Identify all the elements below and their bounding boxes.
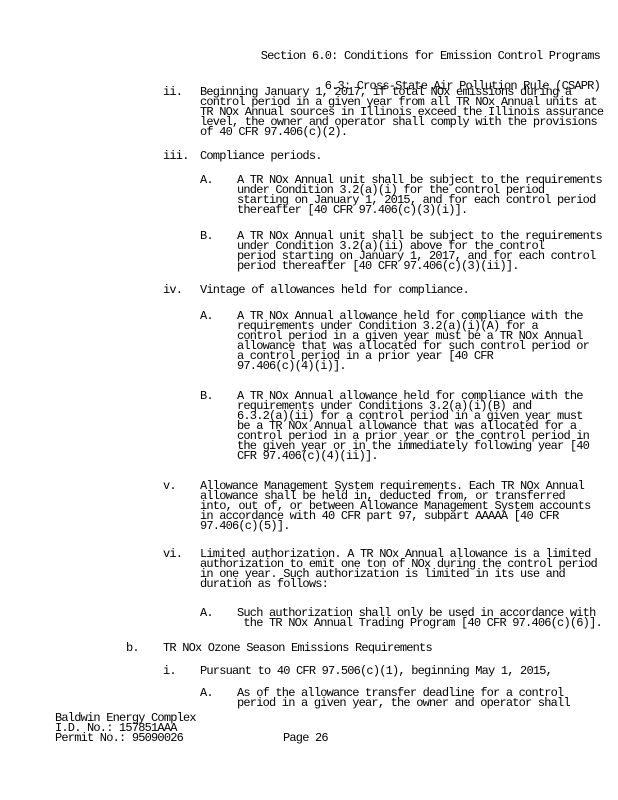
condition-a-iv-B: B. A TR NOx Annual allowance held for co… xyxy=(0,391,618,461)
item-label: iii. xyxy=(163,151,189,161)
item-text: Compliance periods. xyxy=(200,151,618,161)
footer-page-number: Page 26 xyxy=(283,733,328,743)
item-label: i. xyxy=(163,666,176,676)
item-text: A TR NOx Annual allowance held for compl… xyxy=(237,311,618,371)
item-text: Vintage of allowances held for complianc… xyxy=(200,285,618,295)
condition-a-iv: iv. Vintage of allowances held for compl… xyxy=(0,285,618,295)
condition-a-v: v. Allowance Management System requireme… xyxy=(0,481,618,531)
item-text: Pursuant to 40 CFR 97.506(c)(1), beginni… xyxy=(200,666,618,676)
item-text: As of the allowance transfer deadline fo… xyxy=(237,688,618,708)
header-section-title: Section 6.0: Conditions for Emission Con… xyxy=(261,51,600,61)
item-label: B. xyxy=(200,391,213,401)
item-text: Limited authorization. A TR NOx Annual a… xyxy=(200,549,618,589)
condition-a-iv-A: A. A TR NOx Annual allowance held for co… xyxy=(0,311,618,371)
condition-a-vi-A: A. Such authorization shall only be used… xyxy=(0,608,618,628)
item-label: ii. xyxy=(163,87,182,97)
item-label: A. xyxy=(200,608,213,618)
condition-b-i: i. Pursuant to 40 CFR 97.506(c)(1), begi… xyxy=(0,666,618,676)
condition-b-i-A: A. As of the allowance transfer deadline… xyxy=(0,688,618,708)
condition-a-ii: ii. Beginning January 1, 2017, if total … xyxy=(0,87,618,137)
item-text: A TR NOx Annual allowance held for compl… xyxy=(237,391,618,461)
item-text: A TR NOx Annual unit shall be subject to… xyxy=(237,231,618,271)
item-label: A. xyxy=(200,688,213,698)
item-label: iv. xyxy=(163,285,182,295)
footer-permit-number: Permit No.: 95090026 xyxy=(55,733,183,743)
item-label: b. xyxy=(126,643,139,653)
condition-b-heading: b. TR NOx Ozone Season Emissions Require… xyxy=(0,643,618,653)
item-label: A. xyxy=(200,311,213,321)
condition-a-iii-A: A. A TR NOx Annual unit shall be subject… xyxy=(0,175,618,215)
item-label: v. xyxy=(163,481,176,491)
condition-a-iii: iii. Compliance periods. xyxy=(0,151,618,161)
item-label: A. xyxy=(200,175,213,185)
item-text: A TR NOx Annual unit shall be subject to… xyxy=(237,175,618,215)
condition-a-vi: vi. Limited authorization. A TR NOx Annu… xyxy=(0,549,618,589)
item-text: Beginning January 1, 2017, if total NOx … xyxy=(200,87,618,137)
item-text: TR NOx Ozone Season Emissions Requiremen… xyxy=(163,643,618,653)
item-text: Allowance Management System requirements… xyxy=(200,481,618,531)
item-label: B. xyxy=(200,231,213,241)
item-text: Such authorization shall only be used in… xyxy=(237,608,618,628)
permit-document-page: Section 6.0: Conditions for Emission Con… xyxy=(0,0,618,800)
condition-a-iii-B: B. A TR NOx Annual unit shall be subject… xyxy=(0,231,618,271)
item-label: vi. xyxy=(163,549,182,559)
